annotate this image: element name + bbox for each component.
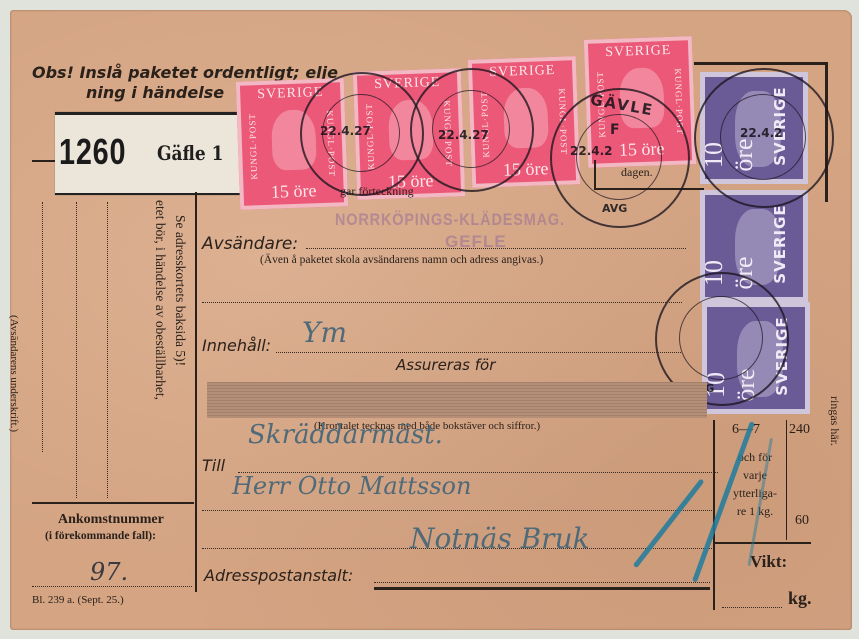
vertical-note-2: etet bör, i händelse av obeställbarhet, [152, 200, 168, 400]
divider [32, 502, 194, 504]
arrival-sublabel: (i förekommande fall): [45, 530, 156, 542]
extra-fee: 60 [795, 513, 809, 529]
divider [374, 587, 710, 590]
to-field-2[interactable] [202, 510, 712, 511]
weight-field[interactable] [722, 607, 782, 608]
vertical-note-1: Se adresskortets baksida 5)! [172, 215, 188, 366]
insured-label: Assureras för [396, 356, 495, 374]
postmark: GÄVLE F 22.4.2 AVG [550, 88, 690, 228]
form-code: Bl. 239 a. (Sept. 25.) [32, 594, 124, 606]
postmark: 22.4.27 [410, 68, 534, 192]
destination-label: Adresspostanstalt: [204, 566, 353, 585]
parcel-card: Obs! Inslå paketet ordentligt; elje ning… [10, 10, 852, 630]
arrival-number[interactable]: 97. [90, 558, 128, 586]
registration-office: Gäfle 1 [157, 141, 223, 165]
registration-label: 1260 Gäfle 1 [55, 112, 255, 195]
extra-line: ytterliga- [724, 484, 786, 502]
stamp-country: SVERIGE [771, 199, 789, 289]
destination-field[interactable] [374, 582, 710, 583]
blank-line [107, 202, 108, 498]
signature-line [42, 202, 43, 452]
blank-line [76, 202, 77, 498]
contents-value[interactable]: Ym [302, 316, 347, 349]
handwritten-weight-stroke [633, 478, 705, 568]
postmark: 22.4.27 [300, 72, 424, 196]
to-line-2[interactable]: Herr Otto Mattsson [232, 472, 471, 500]
weight-fee: 240 [789, 422, 810, 438]
rate-box-divider [713, 542, 811, 544]
arrival-label: Ankomstnummer [58, 512, 164, 528]
side-note: ringas här. [827, 396, 842, 446]
sender-field[interactable] [306, 248, 686, 249]
header-notice-line2: ning i händelse [86, 82, 224, 103]
sender-label: Avsändare: [202, 234, 298, 254]
weight-label: Vikt: [750, 552, 787, 572]
sender-handstamp-line2: GEFLE [445, 232, 507, 252]
arrival-line [32, 586, 192, 587]
postmark: 22.4.2 [694, 68, 834, 208]
to-line-3[interactable]: Notnäs Bruk [410, 522, 590, 555]
registration-number: 1260 [59, 131, 126, 173]
frame-line [694, 62, 827, 65]
insured-value-field[interactable] [207, 382, 707, 418]
signature-label: (Avsändarens underskrift.) [8, 315, 20, 515]
sender-handstamp-line1: NORRKÖPINGS-KLÄDESMAG. [335, 210, 565, 230]
stamp-inscription: KUNGL·POST [246, 101, 259, 191]
extra-rate-text: och för varje ytterliga- re 1 kg. [724, 448, 786, 520]
contents-field[interactable] [276, 352, 681, 353]
sender-field-2[interactable] [202, 302, 682, 303]
to-label: Till [202, 456, 225, 475]
column-divider [195, 192, 197, 592]
to-line-1[interactable]: Skräddarmäst. [248, 420, 443, 450]
extra-line: och för [724, 448, 786, 466]
weight-unit: kg. [788, 588, 812, 609]
rate-box-divider [786, 420, 787, 540]
sender-note: (Även å paketet skola avsändarens namn o… [260, 254, 543, 266]
contents-label: Innehåll: [202, 336, 271, 355]
